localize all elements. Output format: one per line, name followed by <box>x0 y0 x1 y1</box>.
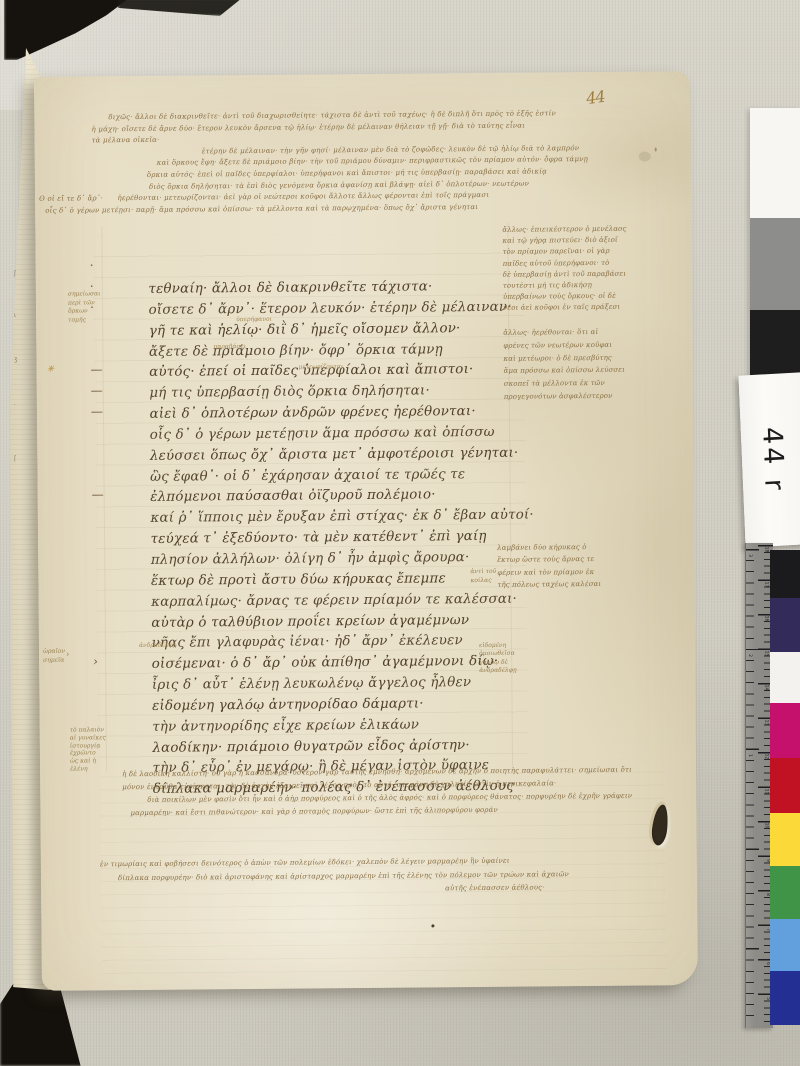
iliad-verse-line: δίπλακα μαρμαρέην· πολέας δ᾽ ἐνέπασσεν ἀ… <box>110 734 520 758</box>
stain-spot <box>639 152 651 162</box>
note-line: σημεῖα <box>43 656 77 665</box>
calibration-patch <box>770 652 800 703</box>
calibration-patch <box>750 310 800 377</box>
color-calibration-bar <box>770 550 800 1025</box>
margin-mark: — <box>92 487 104 501</box>
interlinear-gloss: παραβάσει <box>213 343 246 350</box>
ruler-number-cm: 11 <box>764 788 769 794</box>
fore-edge-mark: ʒ <box>14 356 17 363</box>
right-scholia-block-1: ἄλλως· ἐπιεικέστερον ὁ μενέλαοςκαὶ τῷ γή… <box>502 223 675 314</box>
interlinear-gloss: ἀνδραδέλφῃ <box>139 642 176 649</box>
dark-fabric-bottom-left <box>0 980 84 1066</box>
interlinear-gloss: ὑπερήφανοι <box>236 316 272 323</box>
ruler-number-cm: 18 <box>764 547 769 553</box>
folio-label-card: 44 r <box>738 372 800 547</box>
right-scholia-block-2: ἄλλως· ἠερέθονται· ὅτι αἱφρένες τῶν νεωτ… <box>503 325 680 403</box>
ruler-number-inch: 3 <box>747 554 752 557</box>
ruler-number-cm: 14 <box>764 685 769 691</box>
fore-edge-mark: ʃ <box>14 455 16 462</box>
fore-edge-mark: ɩ <box>14 312 16 319</box>
ruler-number-cm: 15 <box>764 650 769 656</box>
folio-label-text: 44 r <box>756 426 790 494</box>
calibration-patch <box>770 971 800 1025</box>
grayscale-calibration-bar <box>750 108 800 377</box>
folio-number: 44 <box>585 87 606 108</box>
ruler-number-cm: 10 <box>764 823 769 829</box>
calibration-patch <box>770 550 800 598</box>
calibration-patch <box>750 218 800 310</box>
calibration-patch <box>750 108 800 218</box>
main-text-iliad: τεθναίη· ἄλλοι δὲ διακρινθεῖτε τάχιστα· … <box>105 234 520 759</box>
margin-mark: — <box>91 404 103 418</box>
top-scholia-block: διχῶς· ἄλλοι δὲ διακρινθεῖτε· ἀντὶ τοῦ δ… <box>38 107 691 217</box>
right-margin-note-2: εἰδομένηὁμοιωθεῖσαγαλόῳ δὲἀνδραδέλφῃ <box>479 641 541 675</box>
calibration-patch <box>770 598 800 652</box>
left-margin-note-1: σημείωσαιπερὶ τῶνὅρκωντομῆς <box>68 290 112 325</box>
margin-mark: › <box>93 654 98 668</box>
note-line: κοίλας <box>470 576 530 586</box>
ruler-number-cm: 17 <box>764 581 769 587</box>
calibration-patch <box>770 866 800 919</box>
calibration-patch <box>770 919 800 971</box>
scholion-line: νέοι ἀεὶ κοῦφοι ἐν ταῖς πράξεσι <box>503 302 675 315</box>
calibration-patch <box>770 813 800 866</box>
ruler-number-cm: 16 <box>764 616 769 622</box>
calibration-patch <box>770 758 800 813</box>
ruler-number-inch: 2 <box>747 654 752 657</box>
note-line: περὶ τῶν <box>68 299 112 308</box>
scholion-line: αὐτῆς ἐνέπασσεν ἀέθλους· <box>445 881 660 896</box>
ink-speck <box>431 924 434 927</box>
gold-asterisk-mark: ✳ <box>47 365 55 375</box>
fore-edge-mark: ʃ <box>14 270 16 277</box>
ruler-number-inch: 1 <box>747 754 752 757</box>
measurement-ruler: 18171615141312111098765321 <box>745 543 773 1028</box>
ruler-number-cm: 13 <box>764 719 769 725</box>
note-line: ἀνδραδέλφῃ <box>479 667 541 676</box>
left-margin-note-3: τὸ παλαιὸναἱ γυναῖκεςἱστουργίᾳἐχρῶντοὡς … <box>70 726 118 773</box>
ink-speck <box>655 147 657 151</box>
fore-edge-mark: · <box>14 402 16 409</box>
note-line: ἑλένη <box>70 765 118 773</box>
manuscript-page: 44 διχῶς· ἄλλοι δὲ διακρινθεῖτε· ἀντὶ το… <box>34 71 698 991</box>
bottom-scholia-block-2: ἐν τιμωρίαις καὶ φοβήσεσι δεινότερος ὁ ἀ… <box>100 853 660 899</box>
bottom-scholia-block-1: ἡ δὲ λαοδίκη καλλίστη· οὐ γὰρ ἡ κασσάνδρ… <box>122 763 674 820</box>
manuscript-photograph: ʃɩʒ·ʃ 44 διχῶς· ἄλλοι δὲ διακρινθεῖτε· ἀ… <box>0 0 800 1066</box>
left-margin-pointer-mark: › <box>66 650 69 659</box>
right-margin-note-1: ἀντὶ τοῦκοίλας <box>470 567 530 586</box>
calibration-patch <box>770 703 800 758</box>
margin-mark: · <box>90 258 94 272</box>
ruler-number-cm: 12 <box>764 754 769 760</box>
note-line: σημείωσαι <box>68 290 112 299</box>
note-line: ὡραῖον <box>43 648 77 657</box>
interlinear-gloss: μετεωρίζονται <box>299 363 344 370</box>
left-margin-note-2: ὡραῖονσημεῖα <box>43 648 77 665</box>
note-line: τομῆς <box>68 316 112 325</box>
scholion-line: προγεγονότων ἀσφαλέστερον <box>504 389 680 403</box>
note-line: ὅρκων <box>68 307 112 316</box>
margin-mark: — <box>91 383 103 397</box>
margin-mark: — <box>91 362 103 376</box>
